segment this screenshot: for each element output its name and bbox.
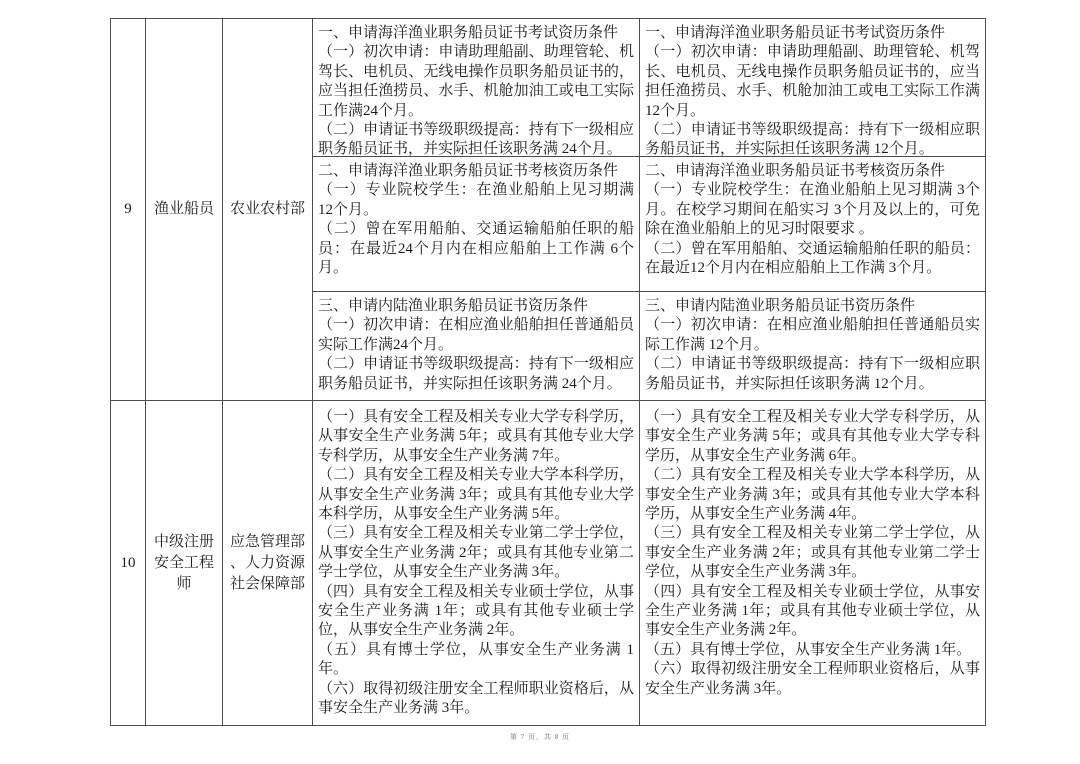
requirement-paragraph: （二）曾在军用船舶、交通运输船舶任职的船员：在最近24个月内在相应船舶上工作满 … bbox=[318, 220, 634, 278]
requirement-paragraph: （二）申请证书等级职级提高：持有下一级相应职务船员证书，并实际担任该职务满 24… bbox=[318, 121, 634, 160]
requirements-subrow: 一、申请海洋渔业职务船员证书考试资历条件 （一）初次申请：申请助理船副、助理管轮… bbox=[313, 19, 985, 156]
requirement-paragraph: （四）具有安全工程及相关专业硕士学位，从事安全生产业务满 1年；或具有其他专业硕… bbox=[645, 583, 980, 641]
requirement-paragraph: （二）申请证书等级职级提高：持有下一级相应职务船员证书，并实际担任该职务满 12… bbox=[645, 355, 980, 394]
requirement-paragraph: 二、申请海洋渔业职务船员证书考核资历条件 bbox=[645, 162, 980, 181]
qualification-requirements-table: 9 渔业船员 农业农村部 一、申请海洋渔业职务船员证书考试资历条件 （一）初次申… bbox=[110, 18, 986, 726]
old-requirements-cell: 二、申请海洋渔业职务船员证书考核资历条件 （一）专业院校学生：在渔业船舶上见习期… bbox=[313, 157, 640, 291]
new-requirements-cell: 一、申请海洋渔业职务船员证书考试资历条件 （一）初次申请：申请助理船副、助理管轮… bbox=[640, 19, 985, 156]
department-cell: 应急管理部、人力资源社会保障部 bbox=[223, 401, 313, 725]
requirements-subrows: （一）具有安全工程及相关专业大学专科学历，从事安全生产业务满 5年；或具有其他专… bbox=[313, 401, 985, 725]
requirement-paragraph: （二）曾在军用船舶、交通运输船舶任职的船员：在最近12个月内在相应船舶上工作满 … bbox=[645, 240, 980, 279]
qualification-name-cell: 渔业船员 bbox=[146, 19, 223, 400]
requirement-paragraph: 一、申请海洋渔业职务船员证书考试资历条件 bbox=[318, 24, 634, 43]
department-cell: 农业农村部 bbox=[223, 19, 313, 400]
requirement-paragraph: （二）具有安全工程及相关专业大学本科学历，从事安全生产业务满 3年；或具有其他专… bbox=[645, 466, 980, 524]
requirement-paragraph: 三、申请内陆渔业职务船员证书资历条件 bbox=[645, 297, 980, 316]
requirements-subrow: （一）具有安全工程及相关专业大学专科学历，从事安全生产业务满 5年；或具有其他专… bbox=[313, 401, 985, 725]
old-requirements-cell: 一、申请海洋渔业职务船员证书考试资历条件 （一）初次申请：申请助理船副、助理管轮… bbox=[313, 19, 640, 156]
requirement-paragraph: 二、申请海洋渔业职务船员证书考核资历条件 bbox=[318, 162, 634, 181]
requirement-paragraph: 一、申请海洋渔业职务船员证书考试资历条件 bbox=[645, 24, 980, 43]
table-row: 9 渔业船员 农业农村部 一、申请海洋渔业职务船员证书考试资历条件 （一）初次申… bbox=[111, 19, 985, 400]
requirement-paragraph: （三）具有安全工程及相关专业第二学士学位，从事安全生产业务满 2年；或具有其他专… bbox=[318, 524, 634, 582]
requirement-paragraph: （六）取得初级注册安全工程师职业资格后，从事安全生产业务满 3年。 bbox=[318, 680, 634, 719]
requirements-subrow: 三、申请内陆渔业职务船员证书资历条件 （一）初次申请：在相应渔业船舶担任普通船员… bbox=[313, 291, 985, 400]
old-requirements-cell: 三、申请内陆渔业职务船员证书资历条件 （一）初次申请：在相应渔业船舶担任普通船员… bbox=[313, 292, 640, 400]
requirement-paragraph: （三）具有安全工程及相关专业第二学士学位，从事安全生产业务满 2年；或具有其他专… bbox=[645, 524, 980, 582]
row-number: 10 bbox=[121, 555, 136, 572]
department-name: 农业农村部 bbox=[230, 199, 305, 220]
table-row: 10 中级注册安全工程师 应急管理部、人力资源社会保障部 （一）具有安全工程及相… bbox=[111, 400, 985, 725]
requirements-subrow: 二、申请海洋渔业职务船员证书考核资历条件 （一）专业院校学生：在渔业船舶上见习期… bbox=[313, 156, 985, 291]
requirements-subrows: 一、申请海洋渔业职务船员证书考试资历条件 （一）初次申请：申请助理船副、助理管轮… bbox=[313, 19, 985, 400]
row-number-cell: 10 bbox=[111, 401, 146, 725]
requirement-paragraph: （一）具有安全工程及相关专业大学专科学历，从事安全生产业务满 5年；或具有其他专… bbox=[645, 408, 980, 466]
new-requirements-cell: （一）具有安全工程及相关专业大学专科学历，从事安全生产业务满 5年；或具有其他专… bbox=[640, 401, 985, 725]
requirement-paragraph: （二）具有安全工程及相关专业大学本科学历，从事安全生产业务满 3年；或具有其他专… bbox=[318, 466, 634, 524]
requirement-paragraph: （一）初次申请：在相应渔业船舶担任普通船员实际工作满24个月。 bbox=[318, 316, 634, 355]
qualification-name: 中级注册安全工程师 bbox=[153, 532, 215, 595]
requirement-paragraph: （二）申请证书等级职级提高：持有下一级相应职务船员证书，并实际担任该职务满 12… bbox=[645, 121, 980, 160]
new-requirements-cell: 二、申请海洋渔业职务船员证书考核资历条件 （一）专业院校学生：在渔业船舶上见习期… bbox=[640, 157, 985, 291]
page-number-footer: 第 7 页，共 8 页 bbox=[0, 732, 1080, 742]
qualification-name: 渔业船员 bbox=[154, 199, 214, 220]
requirement-paragraph: 三、申请内陆渔业职务船员证书资历条件 bbox=[318, 297, 634, 316]
requirement-paragraph: （六）取得初级注册安全工程师职业资格后，从事安全生产业务满 3年。 bbox=[645, 660, 980, 699]
requirement-paragraph: （一）具有安全工程及相关专业大学专科学历，从事安全生产业务满 5年；或具有其他专… bbox=[318, 408, 634, 466]
requirement-paragraph: （一）初次申请：在相应渔业船舶担任普通船员实际工作满 12个月。 bbox=[645, 316, 980, 355]
requirement-paragraph: （二）申请证书等级职级提高：持有下一级相应职务船员证书，并实际担任该职务满 24… bbox=[318, 355, 634, 394]
requirement-paragraph: （一）初次申请：申请助理船副、助理管轮、机驾长、电机员、无线电操作员职务船员证书… bbox=[318, 43, 634, 121]
row-number: 9 bbox=[124, 201, 132, 218]
requirement-paragraph: （一）专业院校学生：在渔业船舶上见习期满 12个月。 bbox=[318, 181, 634, 220]
requirement-paragraph: （五）具有博士学位，从事安全生产业务满 1年。 bbox=[645, 641, 980, 660]
department-name: 应急管理部、人力资源社会保障部 bbox=[228, 532, 307, 595]
old-requirements-cell: （一）具有安全工程及相关专业大学专科学历，从事安全生产业务满 5年；或具有其他专… bbox=[313, 401, 640, 725]
new-requirements-cell: 三、申请内陆渔业职务船员证书资历条件 （一）初次申请：在相应渔业船舶担任普通船员… bbox=[640, 292, 985, 400]
requirement-paragraph: （五）具有博士学位，从事安全生产业务满 1年。 bbox=[318, 641, 634, 680]
requirement-paragraph: （一）专业院校学生：在渔业船舶上见习期满 3个月。在校学习期间在船实习 3个月及… bbox=[645, 181, 980, 239]
requirement-paragraph: （一）初次申请：申请助理船副、助理管轮、机驾长、电机员、无线电操作员职务船员证书… bbox=[645, 43, 980, 121]
requirement-paragraph: （四）具有安全工程及相关专业硕士学位，从事安全生产业务满 1年；或具有其他专业硕… bbox=[318, 583, 634, 641]
row-number-cell: 9 bbox=[111, 19, 146, 400]
qualification-name-cell: 中级注册安全工程师 bbox=[146, 401, 223, 725]
